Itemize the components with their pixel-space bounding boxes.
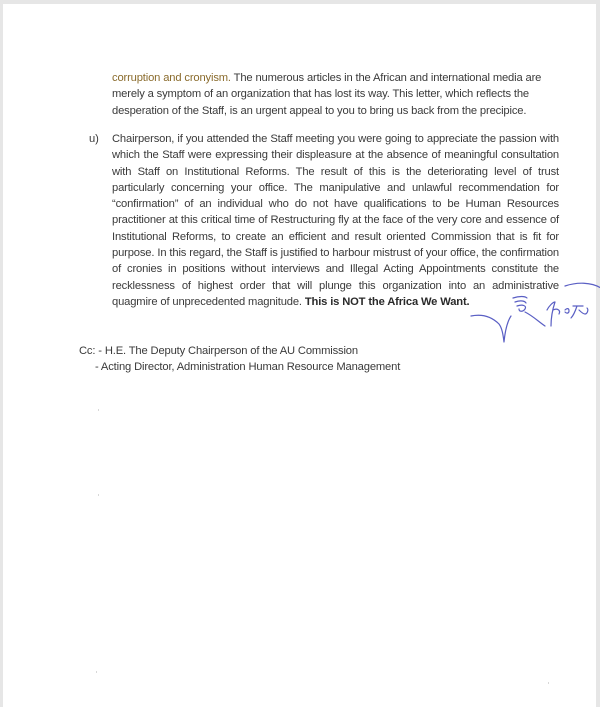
cc-recipient-2: - Acting Director, Administration Human … (79, 359, 499, 375)
scan-speck (96, 671, 97, 673)
carbon-copy-list: Cc: - H.E. The Deputy Chairperson of the… (79, 343, 499, 376)
scan-speck (548, 682, 549, 684)
signature-icon (469, 276, 600, 348)
scan-speck (98, 494, 99, 496)
emphasis-statement: This is NOT the Africa We Want. (305, 296, 470, 308)
scan-speck (98, 409, 99, 411)
list-marker: u) (89, 131, 99, 147)
paragraph-lead: corruption and cronyism. (112, 72, 231, 84)
cc-recipient-1: Cc: - H.E. The Deputy Chairperson of the… (79, 343, 499, 359)
document-page: corruption and cronyism. The numerous ar… (3, 4, 596, 707)
continuation-paragraph: corruption and cronyism. The numerous ar… (112, 70, 557, 119)
